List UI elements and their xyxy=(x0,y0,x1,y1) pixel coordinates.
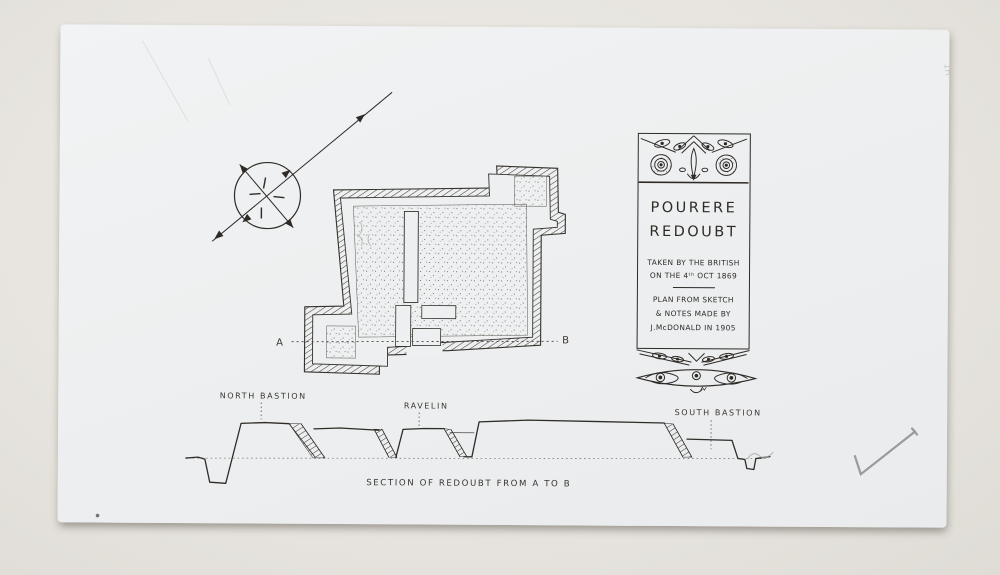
section-profile xyxy=(186,418,770,487)
cartouche-note-1: PLAN FROM SKETCH xyxy=(638,295,749,305)
label-south-bastion: SOUTH BASTION xyxy=(675,408,762,418)
scroll-ornament xyxy=(629,349,764,396)
label-ravelin: RAVELIN xyxy=(404,401,449,410)
cartouche-divider-rule xyxy=(672,287,714,288)
plan-label-b: B xyxy=(562,335,569,346)
title-cartouche: POURERE REDOUBT TAKEN BY THE BRITISH ON … xyxy=(637,133,751,350)
maori-face-ornament xyxy=(639,134,749,185)
plan-sw-bastion-stipple xyxy=(326,326,355,358)
paper-creases xyxy=(142,41,230,122)
plan-structure-2 xyxy=(422,306,456,319)
section-slope2-hatch xyxy=(374,429,397,457)
section-north-end xyxy=(186,422,289,484)
section-south-bastion-step xyxy=(687,439,745,459)
section-ravelin xyxy=(396,428,444,457)
drawing-paper-sheet: A B NORTH BASTIO xyxy=(57,24,949,527)
cartouche-note-3: J.McDONALD IN 1905 xyxy=(638,323,749,333)
redoubt-plan: A B xyxy=(276,165,570,376)
section-ground-dotted-line xyxy=(193,455,768,462)
plan-long-building xyxy=(404,211,419,302)
cartouche-note-2: & NOTES MADE BY xyxy=(638,309,749,319)
plan-ne-bastion-stipple xyxy=(514,176,546,206)
cartouche-subtitle-1: TAKEN BY THE BRITISH xyxy=(638,258,749,268)
section-mid-plateau xyxy=(314,428,379,430)
pencil-checkmark xyxy=(855,428,917,474)
cartouche-title-1: POURERE xyxy=(638,200,749,217)
section-slope4-hatch xyxy=(664,423,692,457)
pencil-dot xyxy=(96,514,100,518)
ink-drawing-canvas: A B NORTH BASTIO xyxy=(57,24,949,527)
section-caption: SECTION OF REDOUBT FROM A TO B xyxy=(366,478,571,489)
compass-center-ticks xyxy=(249,177,284,218)
cartouche-title-2: REDOUBT xyxy=(638,224,749,241)
pencil-note: 1H xyxy=(941,63,949,77)
photograph-of-archival-drawing: { "artwork": { "cartouche": { "title_lin… xyxy=(0,0,1000,575)
section-long-plateau xyxy=(472,420,664,458)
cartouche-subtitle-2: ON THE 4ᵗʰ OCT 1869 xyxy=(638,271,749,281)
plan-structure-3 xyxy=(413,328,441,345)
plan-structure-1 xyxy=(396,305,411,346)
label-north-bastion: NORTH BASTION xyxy=(220,391,307,401)
plan-label-a: A xyxy=(276,338,283,349)
